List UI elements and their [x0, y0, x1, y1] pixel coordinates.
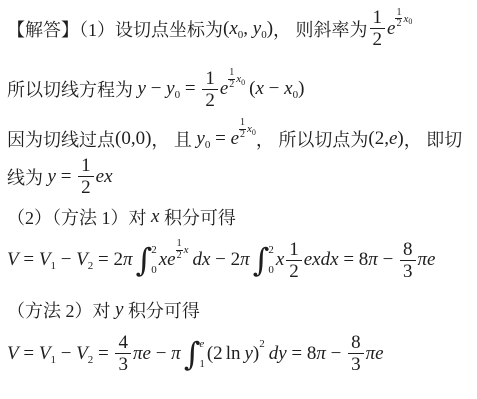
math-roman: = — [56, 166, 76, 188]
integral-sign: ∫ — [136, 244, 153, 276]
math-roman: − — [378, 249, 398, 271]
text-run: 线为 — [7, 164, 48, 190]
math-fraction: 12 — [395, 8, 402, 30]
math-roman: 2 — [259, 338, 265, 350]
fraction-denominator: 2 — [78, 176, 94, 198]
math-fraction: 12 — [202, 68, 218, 112]
solution-line-4: 线为 y = 12ex — [7, 155, 471, 199]
text-run: ， 则斜率为 — [273, 16, 368, 42]
math-variable: π — [240, 249, 250, 271]
fraction-numerator: 1 — [202, 68, 218, 89]
math-variable: ex — [96, 166, 113, 188]
math-roman: − — [326, 343, 346, 365]
solution-line-8: V = V1 − V2 = 43πe − π∫e1(2lny)2dy = 8π … — [7, 332, 471, 376]
math-roman: = — [210, 128, 230, 150]
solution-line-6: V = V1 − V2 = 2π∫20xe12xdx − 2π∫20x12exd… — [7, 239, 471, 283]
math-variable: V — [76, 249, 88, 271]
math-variable: y — [48, 166, 56, 188]
math-variable: x — [255, 78, 263, 100]
math-variable: V — [39, 249, 51, 271]
math-variable: e — [220, 78, 228, 100]
math-roman: − — [264, 78, 284, 100]
math-variable: x — [184, 244, 189, 256]
solution-line-7: （方法 2）对 y 积分可得 — [7, 297, 471, 323]
math-subscript: 2 — [88, 260, 94, 272]
math-fraction: 12 — [228, 68, 235, 90]
fraction-denominator: 2 — [239, 129, 246, 141]
math-superscript: 12x0 — [239, 118, 256, 140]
math-variable: y — [166, 78, 174, 100]
fraction-numerator: 1 — [228, 68, 235, 79]
integral-lower-bound: 0 — [151, 264, 157, 276]
integral: ∫e1 — [184, 337, 205, 371]
math-roman: = — [19, 249, 39, 271]
math-roman: − — [151, 343, 171, 365]
fraction-denominator: 2 — [370, 28, 386, 50]
fraction-numerator: 1 — [78, 155, 94, 176]
math-subscript: 2 — [88, 354, 94, 366]
math-roman: = — [19, 343, 39, 365]
math-variable: V — [7, 249, 19, 271]
math-fraction: 12 — [286, 239, 302, 283]
math-variable: π — [316, 343, 326, 365]
math-subscript: 0 — [175, 89, 181, 101]
fraction-numerator: 8 — [348, 332, 364, 353]
math-variable: dx — [192, 249, 210, 271]
math-variable: π — [123, 249, 133, 271]
math-variable: y — [244, 343, 252, 365]
integral-bounds: 20 — [151, 243, 157, 277]
math-variable: exdx — [304, 249, 339, 271]
solution-line-1: 【解答】（1）设切点坐标为(x0, y0)， 则斜率为12e12x0 — [7, 7, 471, 51]
math-variable: y — [138, 78, 146, 100]
math-fraction: 12 — [78, 155, 94, 199]
math-roman: − — [56, 343, 76, 365]
math-subscript: 0 — [205, 139, 211, 151]
text-run: （2）（方法 1）对 — [7, 204, 151, 230]
math-roman: (2 — [207, 343, 223, 365]
integral: ∫20 — [253, 243, 274, 277]
math-variable: x — [151, 206, 159, 228]
math-subscript: 0 — [293, 89, 299, 101]
math-variable: V — [39, 343, 51, 365]
fraction-denominator: 2 — [395, 18, 402, 30]
fraction-denominator: 3 — [115, 353, 131, 375]
math-fraction: 12 — [370, 7, 386, 51]
integral-sign: ∫ — [184, 338, 201, 370]
math-variable: x — [229, 18, 237, 40]
math-variable: dy — [269, 343, 287, 365]
text-run: 因为切线过点 — [7, 126, 115, 152]
fraction-denominator: 2 — [202, 89, 218, 111]
math-roman: − — [56, 249, 76, 271]
math-roman: = 8 — [287, 343, 317, 365]
text-run: 积分可得 — [159, 204, 236, 230]
math-variable: x — [276, 249, 284, 271]
math-variable: x — [284, 78, 292, 100]
math-fraction: 83 — [348, 332, 364, 376]
math-variable: V — [76, 343, 88, 365]
math-variable: y — [196, 128, 204, 150]
math-subscript: 1 — [50, 260, 56, 272]
fraction-denominator: 2 — [176, 250, 183, 262]
solution-line-5: （2）（方法 1）对 x 积分可得 — [7, 204, 471, 230]
math-roman: − — [146, 78, 166, 100]
integral-bounds: e1 — [199, 337, 205, 371]
fraction-numerator: 4 — [115, 332, 131, 353]
math-variable: e — [387, 18, 395, 40]
math-variable: e — [231, 128, 239, 150]
math-fraction: 12 — [239, 118, 246, 140]
math-roman: = — [180, 78, 200, 100]
math-roman: = — [93, 343, 113, 365]
solution-document: 【解答】（1）设切点坐标为(x0, y0)， 则斜率为12e12x0 所以切线方… — [0, 0, 477, 376]
integral-upper-bound: 2 — [268, 244, 274, 256]
math-subscript: 0 — [241, 78, 245, 87]
text-run: 所以切线方程为 — [7, 76, 138, 102]
math-roman: ln — [226, 343, 241, 365]
integral: ∫20 — [136, 243, 157, 277]
math-subscript: 0 — [252, 128, 256, 137]
text-run: 积分可得 — [123, 297, 200, 323]
math-variable: y — [253, 18, 261, 40]
math-fraction: 12 — [176, 239, 183, 261]
text-run: 【解答】（1）设切点坐标为 — [7, 16, 223, 42]
integral-upper-bound: 2 — [151, 244, 157, 256]
fraction-numerator: 1 — [286, 239, 302, 260]
integral-lower-bound: 0 — [268, 264, 274, 276]
text-run: ， 且 — [151, 126, 196, 152]
math-subscript: 0 — [261, 29, 267, 41]
fraction-denominator: 2 — [286, 260, 302, 282]
text-run: （方法 2）对 — [7, 297, 115, 323]
math-roman: = 8 — [339, 249, 369, 271]
fraction-numerator: 1 — [370, 7, 386, 28]
math-superscript: 12x — [176, 239, 189, 261]
math-variable: y — [115, 299, 123, 321]
fraction-numerator: 8 — [400, 239, 416, 260]
math-fraction: 83 — [400, 239, 416, 283]
math-roman: − 2 — [210, 249, 240, 271]
math-roman: = 2 — [93, 249, 123, 271]
math-variable: xe — [159, 249, 176, 271]
math-variable: π — [368, 249, 378, 271]
fraction-numerator: 1 — [176, 239, 183, 250]
integral-bounds: 20 — [268, 243, 274, 277]
fraction-denominator: 3 — [348, 353, 364, 375]
fraction-denominator: 2 — [228, 79, 235, 91]
math-variable: V — [7, 343, 19, 365]
math-subscript: 1 — [50, 354, 56, 366]
math-variable: e — [389, 128, 397, 150]
integral-sign: ∫ — [253, 244, 270, 276]
math-subscript: 0 — [408, 17, 412, 26]
math-superscript: 2 — [259, 338, 265, 350]
math-roman: (2, — [368, 128, 389, 150]
math-superscript: 12x0 — [228, 68, 245, 90]
math-variable: π — [171, 343, 181, 365]
integral-lower-bound: 1 — [199, 358, 205, 370]
math-variable: πe — [366, 343, 384, 365]
fraction-numerator: 1 — [239, 118, 246, 129]
text-run: ， 所以切点为 — [256, 126, 369, 152]
math-superscript: 12x0 — [395, 8, 412, 30]
math-variable: πe — [133, 343, 151, 365]
math-fraction: 43 — [115, 332, 131, 376]
fraction-numerator: 1 — [395, 8, 402, 19]
math-variable: πe — [418, 249, 436, 271]
math-subscript: 0 — [238, 29, 244, 41]
fraction-denominator: 3 — [400, 260, 416, 282]
text-run: ， 即切 — [404, 126, 463, 152]
solution-line-2: 所以切线方程为 y − y0 = 12e12x0(x − x0) — [7, 68, 471, 112]
solution-line-3: 因为切线过点(0,0)， 且 y0 = e12x0， 所以切点为(2,e)， 即… — [7, 126, 471, 152]
math-roman: , — [243, 18, 253, 40]
math-roman: (0,0) — [115, 128, 151, 150]
math-roman: ) — [298, 78, 304, 100]
integral-upper-bound: e — [199, 338, 205, 350]
